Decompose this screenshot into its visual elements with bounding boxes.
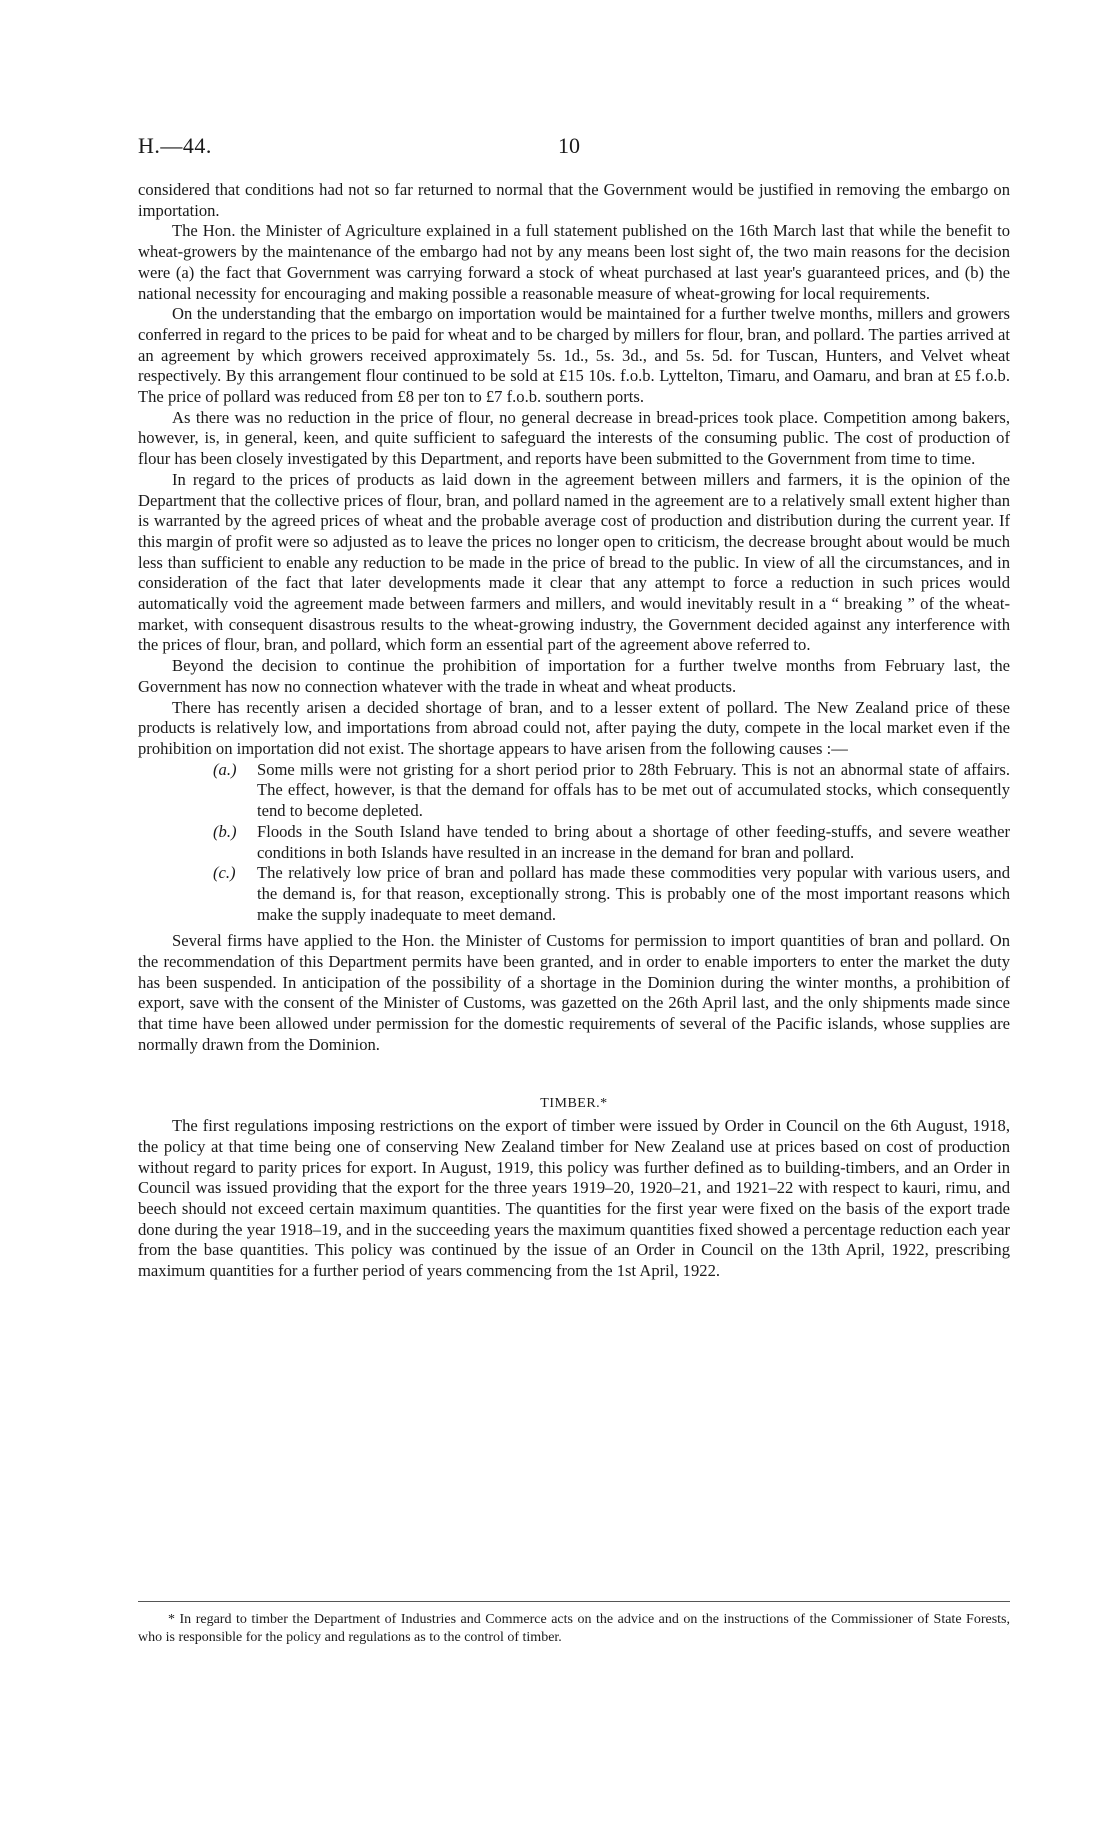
paragraph-agreement: On the understanding that the embargo on…	[138, 304, 1010, 408]
body-text: considered that conditions had not so fa…	[138, 180, 1010, 1282]
paragraph-bread-prices: As there was no reduction in the price o…	[138, 408, 1010, 470]
paragraph-minister-statement: The Hon. the Minister of Agriculture exp…	[138, 221, 1010, 304]
causes-list: (a.) Some mills were not gristing for a …	[138, 760, 1010, 926]
list-marker: (a.)	[213, 760, 237, 781]
list-marker: (c.)	[213, 863, 236, 884]
paragraph-timber-regulations: The first regulations imposing restricti…	[138, 1116, 1010, 1282]
footnote: * In regard to timber the Department of …	[138, 1611, 1010, 1646]
paragraph-bran-shortage: There has recently arisen a decided shor…	[138, 698, 1010, 760]
list-item-text: Floods in the South Island have tended t…	[215, 822, 1010, 863]
list-marker: (b.)	[213, 822, 237, 843]
list-item-text: Some mills were not gristing for a short…	[215, 760, 1010, 822]
page-number: 10	[558, 133, 580, 159]
footnote-text: * In regard to timber the Department of …	[138, 1611, 1010, 1646]
page-header: H.—44. 10	[138, 133, 1010, 161]
list-item: (c.) The relatively low price of bran an…	[215, 863, 1010, 925]
document-reference: H.—44.	[138, 133, 212, 159]
paragraph-government-connection: Beyond the decision to continue the proh…	[138, 656, 1010, 697]
paragraph-import-permits: Several firms have applied to the Hon. t…	[138, 931, 1010, 1055]
list-item-text: The relatively low price of bran and pol…	[215, 863, 1010, 925]
list-item: (b.) Floods in the South Island have ten…	[215, 822, 1010, 863]
footnote-divider	[138, 1601, 1010, 1602]
paragraph-prices-opinion: In regard to the prices of products as l…	[138, 470, 1010, 656]
list-item: (a.) Some mills were not gristing for a …	[215, 760, 1010, 822]
section-heading-timber: TIMBER.*	[138, 1094, 1010, 1115]
paragraph-continuation: considered that conditions had not so fa…	[138, 180, 1010, 221]
